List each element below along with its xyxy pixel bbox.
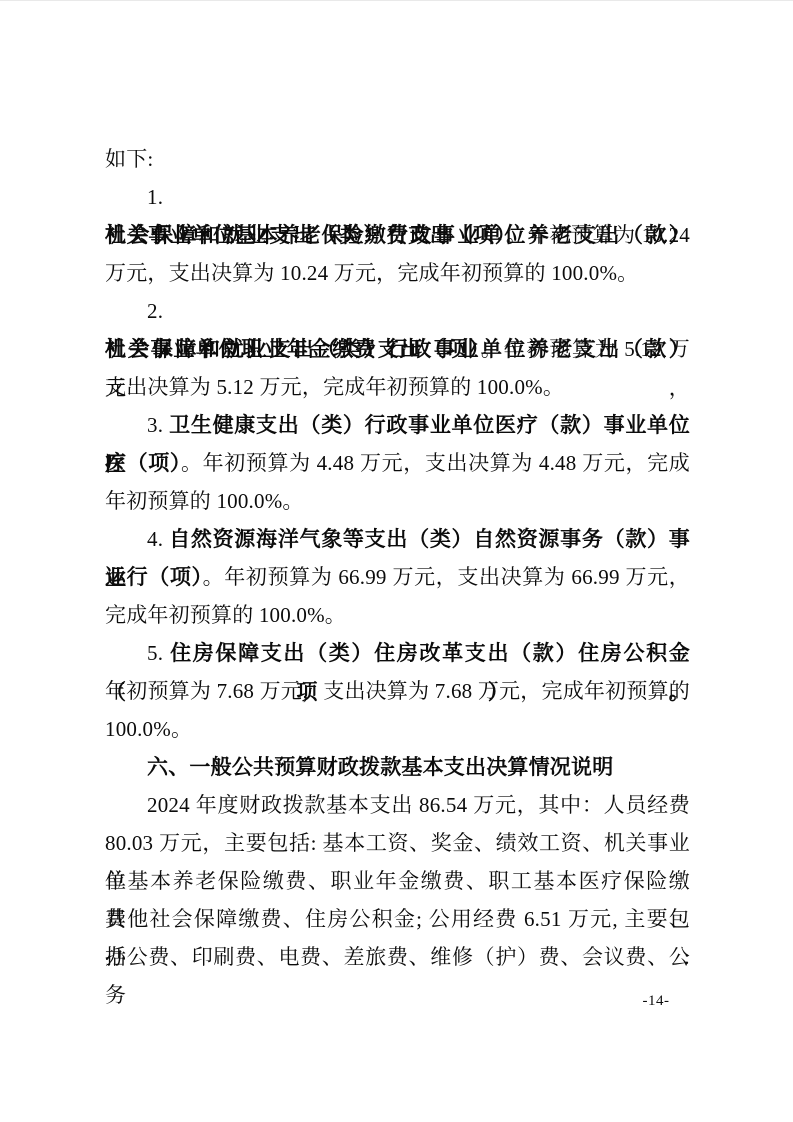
text-line: 万元，支出决算为 10.24 万元，完成年初预算的 100.0%。 (105, 254, 690, 292)
text-segment: 年初预算为 7.68 万元，支出决算为 7.68 万元，完成年初预算的 (105, 679, 690, 703)
text-segment: 办公费、印刷费、电费、差旅费、维修（护）费、会议费、公务 (105, 945, 690, 1007)
text-segment-bold: 运行（项） (105, 566, 203, 589)
text-line: 年初预算的 100.0%。 (105, 482, 690, 520)
text-line: 1. 社会保障和就业支出（类）行政事业单位养老支出（款） (105, 178, 690, 216)
text-segment: 。年初预算为 66.99 万元，支出决算为 66.99 万元， (203, 565, 690, 589)
text-line: 疗（项）。年初预算为 4.48 万元，支出决算为 4.48 万元，完成 (105, 444, 690, 482)
text-line: 100.0%。 (105, 710, 690, 748)
text-segment: 100.0%。 (105, 717, 192, 741)
text-segment: 完成年初预算的 100.0%。 (105, 603, 346, 627)
text-line: 2. 社会保障和就业支出（类）行政事业单位养老支出（款） (105, 292, 690, 330)
page-number: -14- (626, 990, 686, 1012)
text-segment-bold: 机关事业单位职业年金缴费支出（项） (105, 338, 481, 361)
text-segment: 。年初预算为 10.24 (506, 223, 690, 247)
text-line: 机关事业单位基本养老保险缴费支出（项）。年初预算为 10.24 (105, 216, 690, 254)
text-segment-bold: 机关事业单位基本养老保险缴费支出（项） (105, 224, 506, 247)
text-segment: 如下: (105, 147, 153, 171)
page-top-edge (0, 0, 793, 1)
text-line: 如下: (105, 140, 690, 178)
text-line: 2024 年度财政拨款基本支出 86.54 万元，其中：人员经费 (105, 786, 690, 824)
text-line: 3. 卫生健康支出（类）行政事业单位医疗（款）事业单位医 (105, 406, 690, 444)
text-segment: 3. (147, 413, 169, 437)
text-line: 年初预算为 7.68 万元，支出决算为 7.68 万元，完成年初预算的 (105, 672, 690, 710)
text-segment-bold: 疗（项） (105, 452, 181, 475)
text-segment: 万元，支出决算为 10.24 万元，完成年初预算的 100.0%。 (105, 261, 638, 285)
text-line: 5. 住房保障支出（类）住房改革支出（款）住房公积金（项）。 (105, 634, 690, 672)
document-page: 如下:1. 社会保障和就业支出（类）行政事业单位养老支出（款）机关事业单位基本养… (0, 0, 793, 1122)
text-line: 位基本养老保险缴费、职业年金缴费、职工基本医疗保险缴费、 (105, 862, 690, 900)
text-segment-bold: 六、一般公共预算财政拨款基本支出决算情况说明 (147, 756, 613, 779)
text-line: 运行（项）。年初预算为 66.99 万元，支出决算为 66.99 万元， (105, 558, 690, 596)
text-segment: 支出决算为 5.12 万元，完成年初预算的 100.0%。 (105, 375, 564, 399)
text-line: 80.03 万元，主要包括: 基本工资、奖金、绩效工资、机关事业单 (105, 824, 690, 862)
text-segment: 2024 年度财政拨款基本支出 86.54 万元，其中：人员经费 (147, 793, 690, 817)
text-line: 机关事业单位职业年金缴费支出（项）。年初预算为 5.12 万元， (105, 330, 690, 368)
section-heading: 六、一般公共预算财政拨款基本支出决算情况说明 (105, 748, 690, 786)
document-body: 如下:1. 社会保障和就业支出（类）行政事业单位养老支出（款）机关事业单位基本养… (105, 140, 690, 976)
text-line: 4. 自然资源海洋气象等支出（类）自然资源事务（款）事业 (105, 520, 690, 558)
text-line: 办公费、印刷费、电费、差旅费、维修（护）费、会议费、公务 (105, 938, 690, 976)
text-line: 完成年初预算的 100.0%。 (105, 596, 690, 634)
text-segment: 1. (147, 185, 163, 209)
text-segment: 。年初预算为 4.48 万元，支出决算为 4.48 万元，完成 (181, 451, 690, 475)
text-segment: 5. (147, 641, 170, 665)
text-line: 其他社会保障缴费、住房公积金; 公用经费 6.51 万元, 主要包括: (105, 900, 690, 938)
text-segment: 4. (147, 527, 169, 551)
text-segment: 2. (147, 299, 163, 323)
text-segment: 年初预算的 100.0%。 (105, 489, 304, 513)
